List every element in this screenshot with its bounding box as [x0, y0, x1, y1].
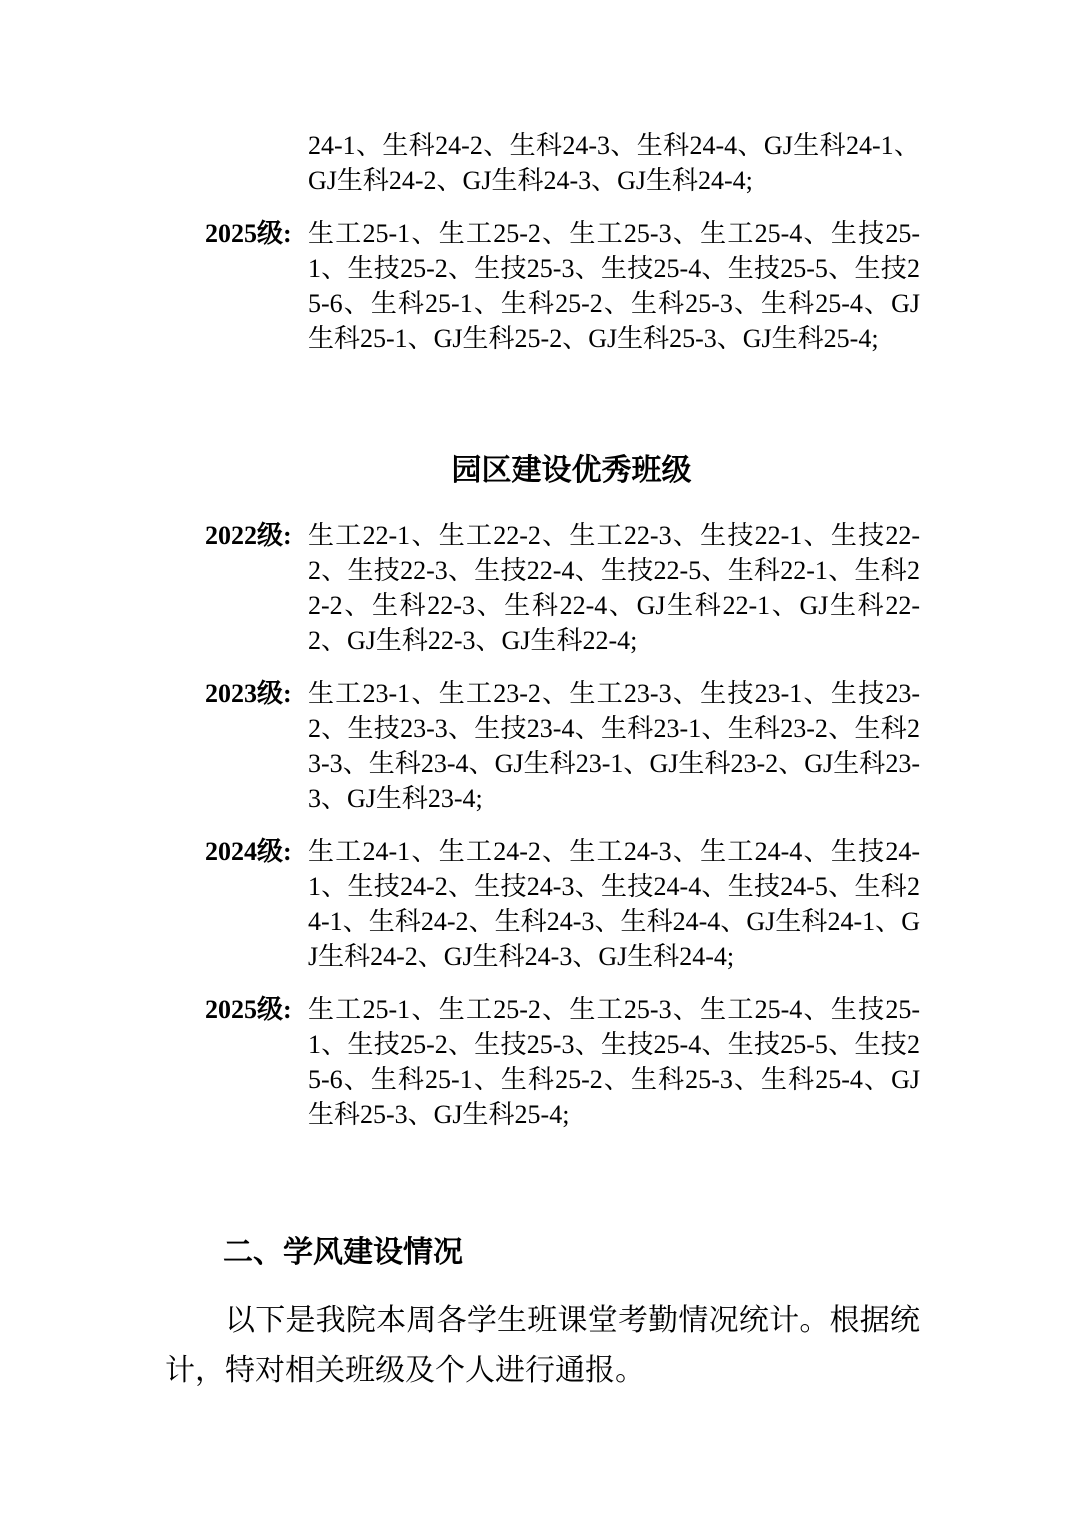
class-list-text: 生工23-1、生工23-2、生工23-3、生技23-1、生技23-2、生技23-… — [308, 676, 920, 816]
grade-label: 2022级: — [205, 518, 308, 658]
section-heading-garden-excellent-classes: 园区建设优秀班级 — [223, 451, 920, 491]
section-heading-study-style: 二、学风建设情况 — [223, 1232, 920, 1274]
grade-label — [205, 128, 308, 198]
class-list-entry: 2025级: 生工25-1、生工25-2、生工25-3、生工25-4、生技25-… — [205, 216, 920, 356]
class-list-text: 生工24-1、生工24-2、生工24-3、生工24-4、生技24-1、生技24-… — [308, 834, 920, 974]
attendance-intro-paragraph: 以下是我院本周各学生班课堂考勤情况统计。根据统计，特对相关班级及个人进行通报。 — [165, 1296, 920, 1396]
grade-label: 2025级: — [205, 992, 308, 1132]
class-list-text: 生工25-1、生工25-2、生工25-3、生工25-4、生技25-1、生技25-… — [308, 216, 920, 356]
class-list-entry: 2022级: 生工22-1、生工22-2、生工22-3、生技22-1、生技22-… — [205, 518, 920, 658]
class-list-entry: 2023级: 生工23-1、生工23-2、生工23-3、生技23-1、生技23-… — [205, 676, 920, 816]
grade-label: 2025级: — [205, 216, 308, 356]
class-list-text: 24-1、生科24-2、生科24-3、生科24-4、GJ生科24-1、GJ生科2… — [308, 128, 920, 198]
grade-label: 2024级: — [205, 834, 308, 974]
class-list-entry: 2024级: 生工24-1、生工24-2、生工24-3、生工24-4、生技24-… — [205, 834, 920, 974]
class-list-entry: 2025级: 生工25-1、生工25-2、生工25-3、生工25-4、生技25-… — [205, 992, 920, 1132]
class-list-text: 生工22-1、生工22-2、生工22-3、生技22-1、生技22-2、生技22-… — [308, 518, 920, 658]
class-list-text: 生工25-1、生工25-2、生工25-3、生工25-4、生技25-1、生技25-… — [308, 992, 920, 1132]
document-page: 24-1、生科24-2、生科24-3、生科24-4、GJ生科24-1、GJ生科2… — [0, 0, 1074, 1520]
grade-label: 2023级: — [205, 676, 308, 816]
class-list-entry: 24-1、生科24-2、生科24-3、生科24-4、GJ生科24-1、GJ生科2… — [205, 128, 920, 198]
